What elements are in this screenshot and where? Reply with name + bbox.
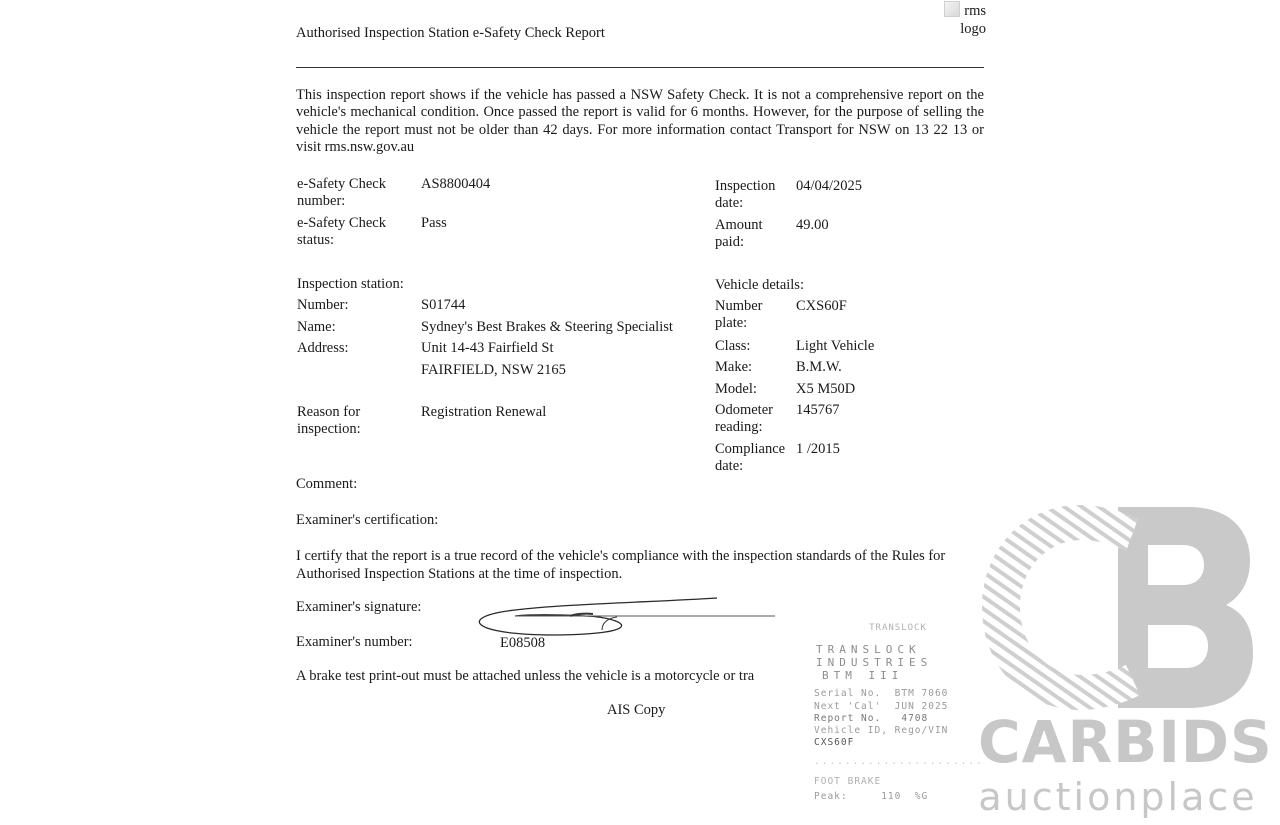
printout-peak: Peak: 110 %G (814, 791, 983, 803)
comment-label: Comment: (296, 476, 357, 493)
printout-separator: ............................... (814, 756, 982, 768)
carbids-logo-icon (978, 505, 1258, 710)
field-station-number: Number: S01744 (297, 297, 707, 315)
field-label: Odometer reading: (715, 402, 787, 436)
signature-label: Examiner's signature: (296, 599, 421, 616)
printout-brand-line: BTM III (822, 669, 983, 682)
field-value: 1 /2015 (796, 441, 840, 458)
header-divider (296, 67, 984, 68)
printout-next-cal: Next 'Cal' JUN 2025 (814, 701, 983, 713)
field-value: Pass (421, 215, 447, 232)
vehicle-heading: Vehicle details: (715, 277, 804, 294)
field-value: AS8800404 (421, 176, 490, 193)
certification-statement: I certify that the report is a true reco… (296, 548, 986, 583)
field-station-name: Name: Sydney's Best Brakes & Steering Sp… (297, 319, 707, 337)
printout-brand-line: TRANSLOCK (816, 643, 983, 656)
field-value: 145767 (796, 402, 840, 419)
field-number-plate: Number plate: CXS60F (715, 298, 975, 334)
field-amount-paid: Amount paid: 49.00 (715, 217, 975, 253)
field-inspection-date: Inspection date: 04/04/2025 (715, 178, 975, 214)
field-check-number: e-Safety Check number: AS8800404 (297, 176, 697, 212)
broken-image-icon (944, 1, 960, 17)
watermark-tagline: auctionplace (978, 775, 1258, 819)
field-class: Class: Light Vehicle (715, 338, 975, 356)
field-model: Model: X5 M50D (715, 381, 975, 399)
field-value: 04/04/2025 (796, 178, 862, 195)
watermark-brand: CARBIDS (978, 710, 1258, 774)
document-title: Authorised Inspection Station e-Safety C… (296, 25, 605, 42)
printout-vehicle-id: Vehicle ID, Rego/VIN (814, 725, 983, 737)
rms-logo-alt-text: rms logo (960, 3, 986, 37)
field-label: Number: (297, 297, 409, 314)
rms-logo: rms logo (934, 1, 986, 38)
field-label: Address: (297, 340, 409, 357)
printout-rego: CXS60F (814, 737, 983, 749)
printout-brand-line: INDUSTRIES (816, 656, 983, 669)
field-value: Light Vehicle (796, 338, 874, 355)
printout-report-no: Report No. 4708 (814, 713, 983, 725)
field-compliance-date: Compliance date: 1 /2015 (715, 441, 975, 477)
station-heading: Inspection station: (297, 276, 404, 293)
field-value: Sydney's Best Brakes & Steering Speciali… (421, 319, 673, 336)
carbids-watermark: CARBIDS auctionplace (978, 505, 1258, 825)
ais-copy-label: AIS Copy (607, 702, 665, 719)
address-line-2: FAIRFIELD, NSW 2165 (421, 362, 566, 379)
brake-test-printout: TRANSLOCK TRANSLOCK INDUSTRIES BTM III S… (808, 622, 983, 825)
field-reason: Reason for inspection: Registration Rene… (297, 404, 707, 440)
brake-test-note: A brake test print-out must be attached … (296, 668, 754, 685)
field-value: B.M.W. (796, 359, 842, 376)
field-value: Registration Renewal (421, 404, 546, 421)
field-odometer: Odometer reading: 145767 (715, 402, 975, 438)
field-value: S01744 (421, 297, 465, 314)
field-label: Amount paid: (715, 217, 785, 251)
field-label: Number plate: (715, 298, 785, 332)
field-value: CXS60F (796, 298, 847, 315)
field-value: X5 M50D (796, 381, 855, 398)
field-check-status: e-Safety Check status: Pass (297, 215, 697, 251)
field-label: e-Safety Check number: (297, 176, 402, 210)
field-label: Compliance date: (715, 441, 791, 475)
field-value: 49.00 (796, 217, 829, 234)
field-label: Inspection date: (715, 178, 790, 212)
field-label: Name: (297, 319, 409, 336)
examiner-number-label: Examiner's number: (296, 634, 413, 651)
printout-title: TRANSLOCK (838, 622, 958, 634)
field-station-address: Address: Unit 14-43 Fairfield St FAIRFIE… (297, 340, 707, 380)
intro-paragraph: This inspection report shows if the vehi… (296, 87, 984, 156)
address-line-1: Unit 14-43 Fairfield St (421, 340, 554, 357)
printout-section: FOOT BRAKE (814, 776, 983, 788)
field-label: e-Safety Check status: (297, 215, 402, 249)
certification-heading: Examiner's certification: (296, 512, 438, 529)
field-make: Make: B.M.W. (715, 359, 975, 377)
examiner-number-value: E08508 (500, 635, 545, 652)
field-label: Reason for inspection: (297, 404, 377, 438)
printout-serial: Serial No. BTM 7060 (814, 688, 983, 700)
